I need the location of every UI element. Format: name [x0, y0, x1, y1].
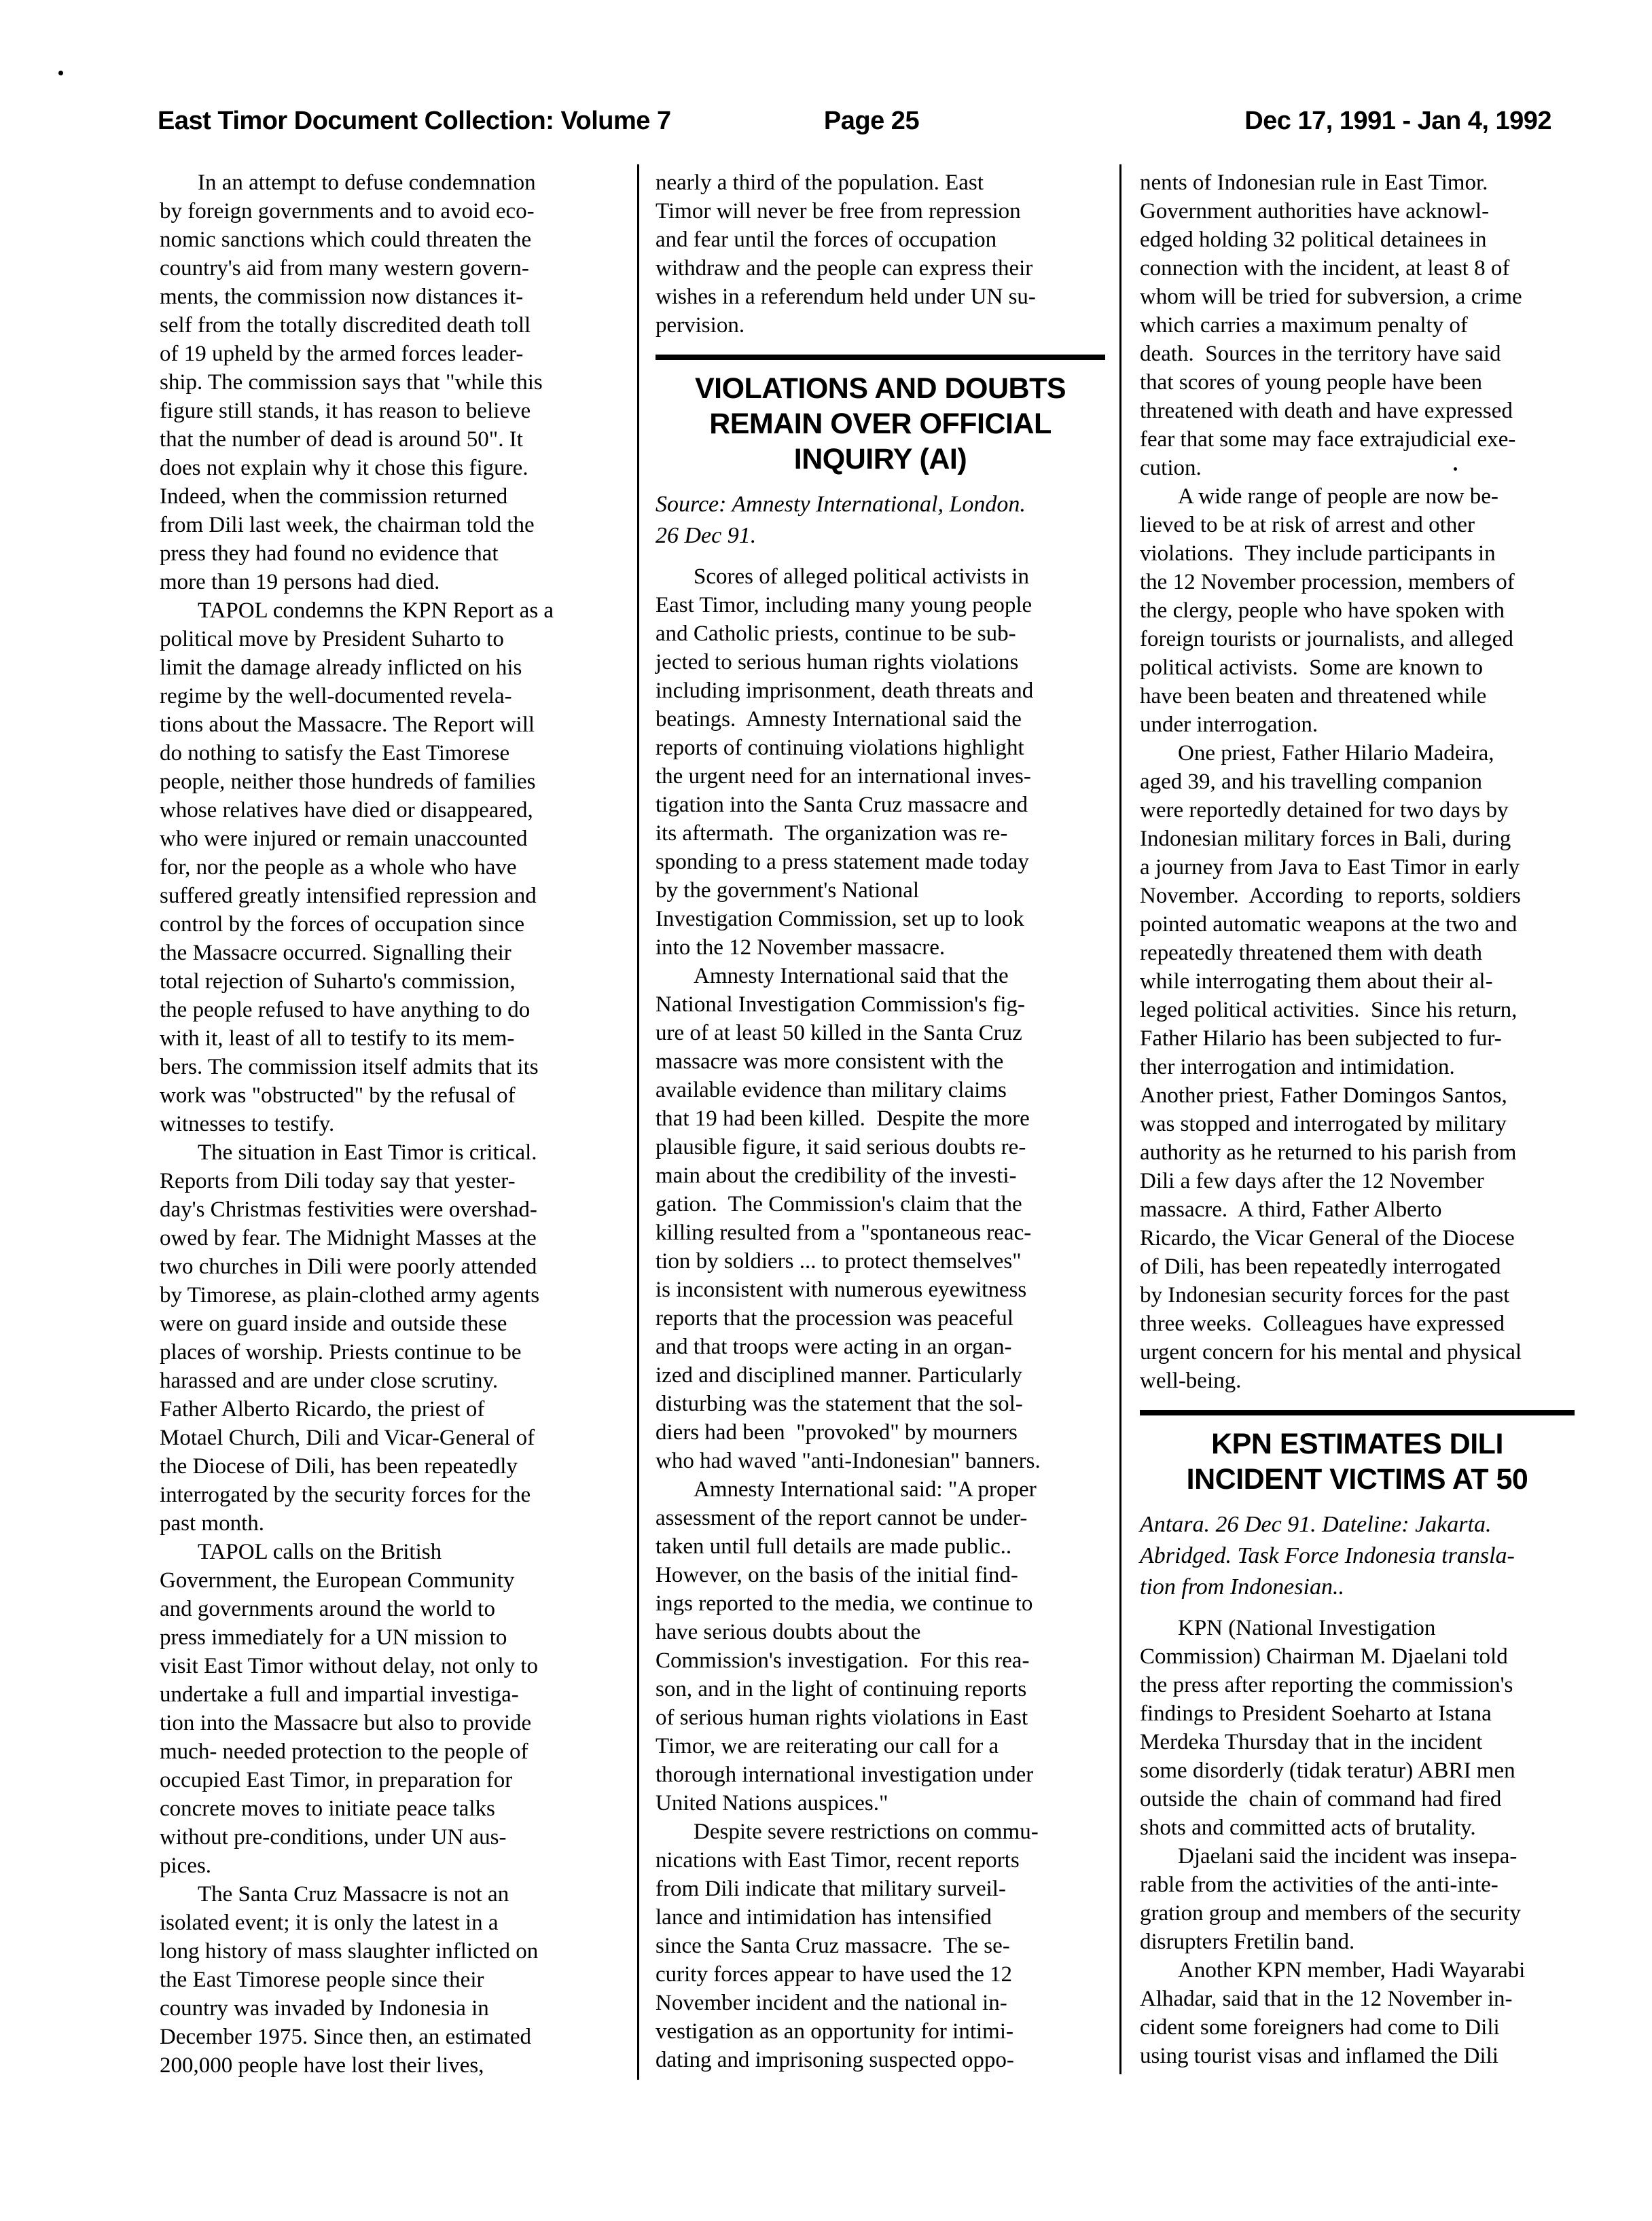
paragraph: One priest, Father Hilario Madeira, aged…	[1140, 739, 1575, 1395]
paragraph: KPN (National Investigation Commission) …	[1140, 1614, 1575, 1842]
continuation-paragraph: nearly a third of the population. East T…	[656, 168, 1105, 340]
column-2: nearly a third of the population. East T…	[656, 168, 1105, 2074]
article-source: Source: Amnesty International, London. 2…	[656, 489, 1105, 552]
paragraph: Scores of alleged political activists in…	[656, 562, 1105, 962]
page-number: Page 25	[824, 106, 919, 136]
headline-rule	[1140, 1410, 1575, 1415]
paragraph: The Santa Cruz Massacre is not an isolat…	[160, 1880, 616, 2080]
document-page: East Timor Document Collection: Volume 7…	[0, 0, 1652, 2221]
column-1: In an attempt to defuse condemnation by …	[160, 168, 616, 2080]
paragraph: Another KPN member, Hadi Wayarabi Alhada…	[1140, 1956, 1575, 2070]
article-headline-kpn: KPN ESTIMATES DILI INCIDENT VICTIMS AT 5…	[1140, 1426, 1575, 1497]
paragraph: TAPOL condemns the KPN Report as a polit…	[160, 596, 616, 1138]
paragraph: Djaelani said the incident was insepa- r…	[1140, 1842, 1575, 1956]
headline-rule	[656, 355, 1105, 360]
paragraph: TAPOL calls on the British Government, t…	[160, 1538, 616, 1880]
date-range: Dec 17, 1991 - Jan 4, 1992	[1244, 106, 1551, 136]
paragraph: Despite severe restrictions on commu- ni…	[656, 1818, 1105, 2074]
article-source: Antara. 26 Dec 91. Dateline: Jakarta. Ab…	[1140, 1509, 1575, 1603]
column-divider-2	[1119, 164, 1121, 2074]
paragraph: A wide range of people are now be- lieve…	[1140, 482, 1575, 739]
collection-title: East Timor Document Collection: Volume 7	[158, 106, 671, 136]
column-divider-1	[637, 164, 639, 2080]
column-3: nents of Indonesian rule in East Timor. …	[1140, 168, 1575, 2070]
scan-speck	[58, 71, 63, 75]
continuation-paragraph: nents of Indonesian rule in East Timor. …	[1140, 168, 1575, 482]
scan-speck	[1454, 467, 1457, 471]
paragraph: Amnesty International said that the Nati…	[656, 962, 1105, 1475]
paragraph: In an attempt to defuse condemnation by …	[160, 168, 616, 596]
article-headline-violations: VIOLATIONS AND DOUBTS REMAIN OVER OFFICI…	[656, 371, 1105, 477]
paragraph: The situation in East Timor is critical.…	[160, 1138, 616, 1538]
paragraph: Amnesty International said: "A proper as…	[656, 1475, 1105, 1818]
